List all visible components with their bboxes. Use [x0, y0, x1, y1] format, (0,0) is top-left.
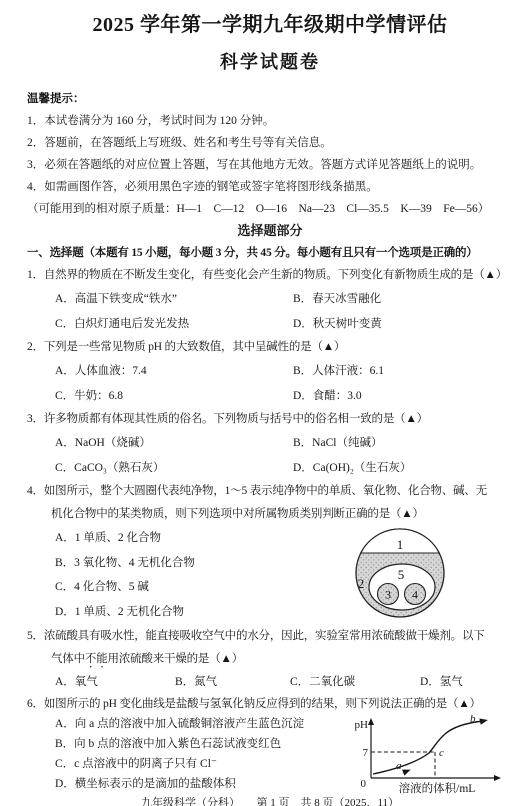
y-axis-arrow	[368, 718, 374, 725]
stem-text: 气体中	[51, 653, 85, 665]
ph-curve-svg: pH 7 0 a b c 溶液的体积/mL	[349, 714, 511, 794]
notice-item-2: 2．答题前，在答题纸上写班级、姓名和考生号等有关信息。	[27, 132, 513, 154]
option-b: B．3 氧化物、4 无机化合物	[55, 551, 345, 576]
option-c: C．c 点溶液中的阴离子只有 Cl⁻	[55, 754, 349, 774]
q4-venn-diagram: 1 2 3 4 5	[345, 526, 455, 625]
part-heading: 选择题部分	[27, 220, 513, 242]
options-list: A．向 a 点的溶液中加入硫酸铜溶液产生蓝色沉淀 B．向 b 点的溶液中加入紫色…	[27, 714, 349, 794]
exam-page: 2025 学年第一学期九年级期中学情评估 科学试题卷 温馨提示： 1．本试卷满分…	[0, 0, 527, 806]
q6-ph-graph: pH 7 0 a b c 溶液的体积/mL	[349, 714, 511, 797]
question-stem-line2: 机化合物中的某类物质，则下列选项中对所属物质类别判断正确的是（▲）	[27, 503, 513, 526]
option-c: C．白炽灯通电后发光发热	[55, 312, 293, 337]
options-grid: A．人体血液：7.4 B．人体汗液：6.1 C．牛奶：6.8 D．食醋：3.0	[27, 359, 513, 408]
option-d: D．1 单质、2 无机化合物	[55, 600, 345, 625]
question-1: 1．自然界的物质在不断发生变化，有些变化会产生新的物质。下列变化有新物质生成的是…	[27, 264, 513, 336]
option-a: A．1 单质、2 化合物	[55, 526, 345, 551]
notice-item-4: 4．如需画图作答，必须用黑色字迹的钢笔或签字笔将图形线条描黑。	[27, 176, 513, 198]
question-stem-line1: 5．浓硫酸具有吸水性，能直接吸收空气中的水分，因此，实验室常用浓硫酸做干燥剂。以…	[27, 625, 513, 648]
option-d: D．Ca(OH)₂（生石灰）	[293, 456, 513, 481]
options-row: A．氧气 B．氮气 C．二氧化碳 D．氢气	[27, 671, 513, 694]
options-grid: A．高温下铁变成“铁水” B．春天冰雪融化 C．白炽灯通电后发光发热 D．秋天树…	[27, 287, 513, 336]
notice-item-1: 1．本试卷满分为 160 分，考试时间为 120 分钟。	[27, 110, 513, 132]
notice-block: 温馨提示： 1．本试卷满分为 160 分，考试时间为 120 分钟。 2．答题前…	[27, 88, 513, 220]
graph-ylabel: pH	[355, 719, 369, 731]
option-d: D．横坐标表示的是滴加的盐酸体积	[55, 774, 349, 794]
question-stem: 1．自然界的物质在不断发生变化，有些变化会产生新的物质。下列变化有新物质生成的是…	[27, 264, 513, 287]
question-6: 6．如图所示的 pH 变化曲线是盐酸与氢氧化钠反应得到的结果，则下列说法正确的是…	[27, 694, 513, 797]
graph-origin-0: 0	[361, 778, 367, 790]
ph-curve	[373, 721, 483, 774]
question-3: 3．许多物质都有体现其性质的俗名。下列物质与括号中的俗名相一致的是（▲） A．N…	[27, 408, 513, 480]
option-b: B．人体汗液：6.1	[293, 359, 513, 384]
graph-ytick-7: 7	[363, 747, 369, 759]
option-d: D．氢气	[420, 671, 513, 694]
option-a: A．人体血液：7.4	[55, 359, 293, 384]
section-intro: 一、选择题（本题有 15 小题，每小题 3 分，共 45 分。每小题有且只有一个…	[27, 242, 513, 264]
question-stem: 2．下列是一些常见物质 pH 的大致数值，其中呈碱性的是（▲）	[27, 336, 513, 359]
venn-circles-svg: 1 2 3 4 5	[345, 526, 455, 622]
question-stem-line2: 气体中不能用浓硫酸来干燥的是（▲）	[27, 648, 513, 671]
graph-point-a: a	[396, 760, 402, 772]
question-stem: 6．如图所示的 pH 变化曲线是盐酸与氢氧化钠反应得到的结果，则下列说法正确的是…	[27, 694, 513, 714]
graph-point-c: c	[439, 747, 444, 759]
option-c: C．CaCO₃（熟石灰）	[55, 456, 293, 481]
option-a: A．高温下铁变成“铁水”	[55, 287, 293, 312]
emphasized-buneng: 不能	[85, 653, 108, 665]
options-list: A．1 单质、2 化合物 B．3 氧化物、4 无机化合物 C．4 化合物、5 碱…	[27, 526, 345, 624]
question-stem-line1: 4．如图所示，整个大圆圈代表纯净物，1～5 表示纯净物中的单质、氧化物、化合物、…	[27, 480, 513, 503]
venn-label-3: 3	[385, 588, 391, 602]
question-stem: 3．许多物质都有体现其性质的俗名。下列物质与括号中的俗名相一致的是（▲）	[27, 408, 513, 431]
notice-item-3: 3．必须在答题纸的对应位置上答题，写在其他地方无效。答题方式详见答题纸上的说明。	[27, 154, 513, 176]
venn-label-1: 1	[397, 537, 404, 552]
venn-label-2: 2	[358, 576, 365, 591]
option-a: A．向 a 点的溶液中加入硫酸铜溶液产生蓝色沉淀	[55, 714, 349, 734]
page-subtitle: 科学试题卷	[27, 50, 513, 74]
notice-heading: 温馨提示：	[27, 88, 513, 110]
option-c: C．二氧化碳	[290, 671, 420, 694]
x-axis-arrow	[494, 775, 501, 781]
atomic-mass-note: （可能用到的相对原子质量：H—1 C—12 O—16 Na—23 Cl—35.5…	[27, 198, 513, 220]
option-c: C．4 化合物、5 碱	[55, 575, 345, 600]
question-5: 5．浓硫酸具有吸水性，能直接吸收空气中的水分，因此，实验室常用浓硫酸做干燥剂。以…	[27, 625, 513, 694]
curve-arrow-b	[479, 717, 488, 725]
options-grid: A．NaOH（烧碱） B．NaCl（纯碱） C．CaCO₃（熟石灰） D．Ca(…	[27, 431, 513, 480]
option-b: B．向 b 点的溶液中加入紫色石蕊试液变红色	[55, 734, 349, 754]
option-c: C．牛奶：6.8	[55, 384, 293, 409]
option-a: A．氧气	[55, 671, 175, 694]
option-d: D．食醋：3.0	[293, 384, 513, 409]
option-b: B．春天冰雪融化	[293, 287, 513, 312]
curve-arrow-a	[402, 767, 412, 776]
option-a: A．NaOH（烧碱）	[55, 431, 293, 456]
option-d: D．秋天树叶变黄	[293, 312, 513, 337]
venn-label-5: 5	[398, 567, 405, 582]
graph-xlabel: 溶液的体积/mL	[399, 781, 476, 794]
option-b: B．NaCl（纯碱）	[293, 431, 513, 456]
page-footer: 九年级科学（分科） 第 1 页 共 8 页（2025．11）	[27, 797, 513, 806]
page-title: 2025 学年第一学期九年级期中学情评估	[27, 12, 513, 38]
option-b: B．氮气	[175, 671, 290, 694]
venn-label-4: 4	[412, 588, 418, 602]
question-4: 4．如图所示，整个大圆圈代表纯净物，1～5 表示纯净物中的单质、氧化物、化合物、…	[27, 480, 513, 625]
stem-text: 用浓硫酸来干燥的是（▲）	[108, 653, 243, 665]
graph-point-b: b	[470, 714, 476, 725]
question-2: 2．下列是一些常见物质 pH 的大致数值，其中呈碱性的是（▲） A．人体血液：7…	[27, 336, 513, 408]
